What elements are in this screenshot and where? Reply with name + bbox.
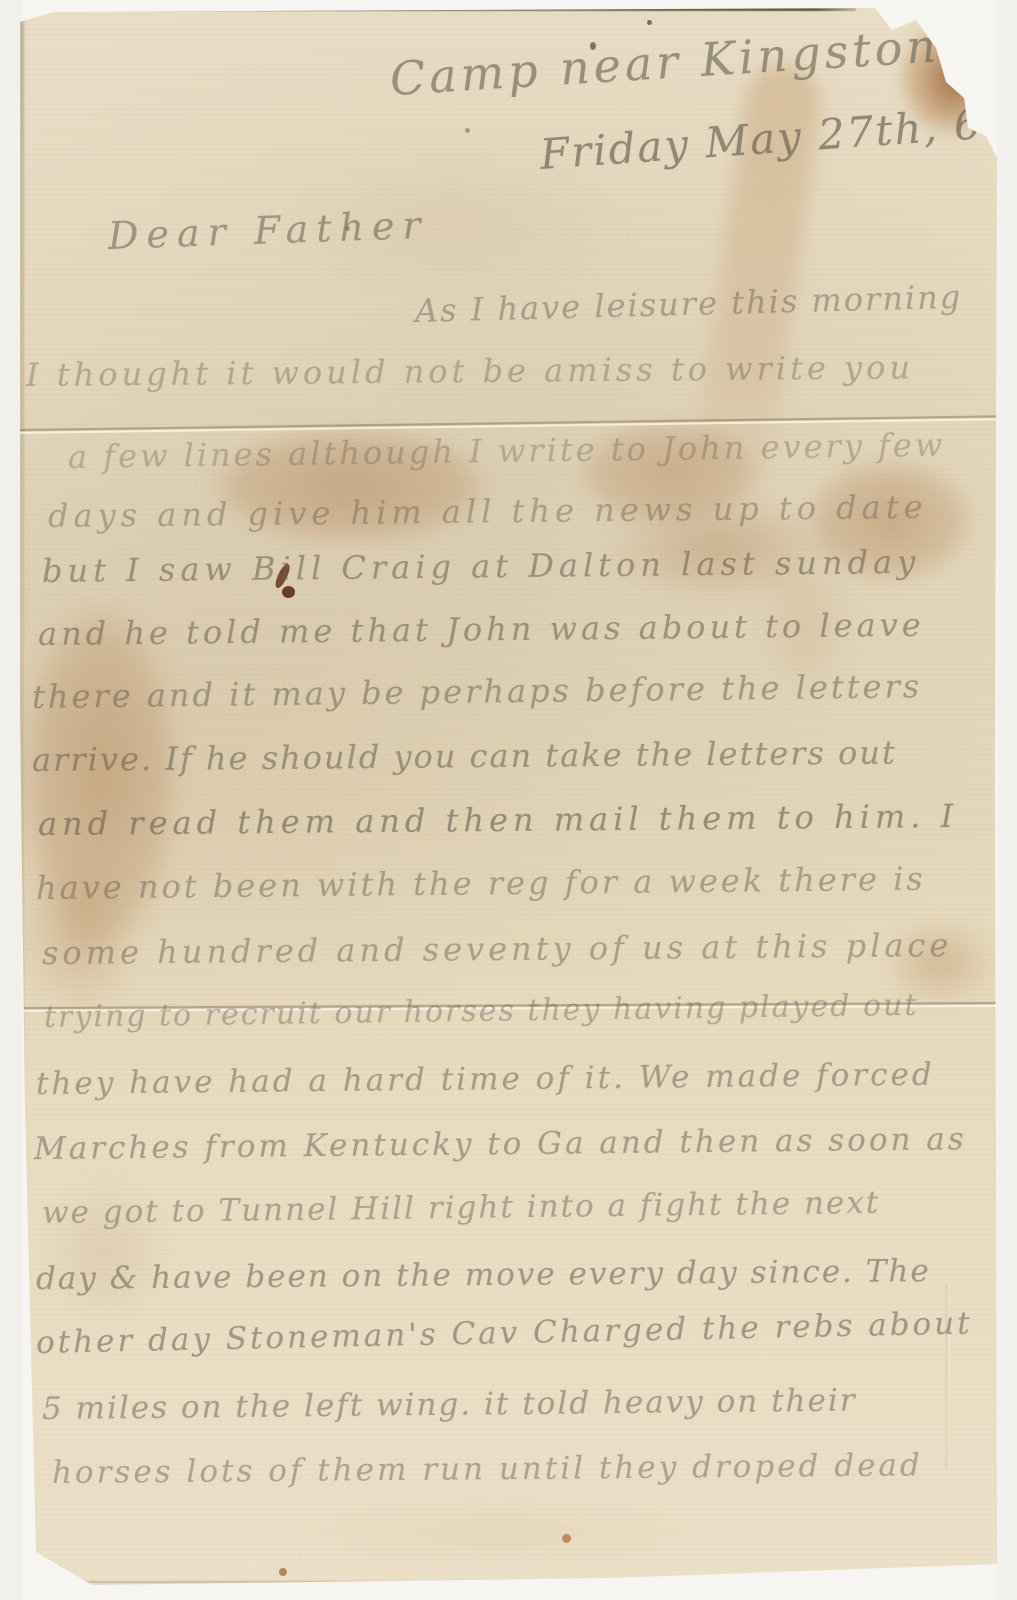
stain-blob — [200, 1488, 800, 1578]
paper-left-edge — [20, 18, 24, 1578]
letter-line: but I saw Bill Craig at Dalton last sund… — [42, 543, 921, 590]
letter-line: trying to recruit our horses they having… — [44, 988, 919, 1035]
letter-line: day & have been on the move every day si… — [36, 1253, 931, 1297]
stain-blob — [150, 403, 550, 568]
letter-line: and read them and then mail them to him.… — [38, 797, 959, 843]
letter-line: there and it may be perhaps before the l… — [32, 667, 923, 716]
letter-line: they have had a hard time of it. We made… — [36, 1057, 935, 1102]
letter-line: arrive. If he should you can take the le… — [32, 733, 897, 779]
paper-top-edge — [56, 8, 856, 11]
letter-line: a few lines although I write to John eve… — [68, 426, 946, 476]
letter-line: days and give him all the news up to dat… — [48, 488, 928, 535]
scanned-letter-background: Camp near Kingston, Ga Friday May 27th, … — [0, 0, 1017, 1600]
speck — [465, 128, 470, 133]
opening-line: As I have leisure this morning — [415, 278, 963, 330]
speck — [562, 1534, 571, 1543]
letter-line: other day Stoneman's Cav Charged the reb… — [36, 1305, 973, 1361]
letter-line: have not been with the reg for a week th… — [36, 860, 926, 907]
ink-blot — [282, 586, 295, 598]
letter-line: I thought it would not be amiss to write… — [26, 348, 914, 394]
letter-line: some hundred and seventy of us at this p… — [42, 926, 953, 972]
paper-bottom-edge — [40, 1581, 970, 1583]
speck — [279, 1568, 287, 1576]
date-line: Friday May 27th, 64 — [538, 97, 997, 179]
letter-line: we got to Tunnel Hill right into a fight… — [42, 1185, 881, 1231]
letter-line: and he told me that John was about to le… — [38, 606, 925, 653]
letter-line: 5 miles on the left wing. it told heavy … — [42, 1382, 857, 1427]
letter-page: Camp near Kingston, Ga Friday May 27th, … — [20, 8, 997, 1585]
letter-line: Marches from Kentucky to Ga and then as … — [34, 1121, 967, 1167]
salutation: Dear Father — [107, 203, 429, 258]
speck — [647, 20, 652, 25]
place-line: Camp near Kingston, Ga — [388, 12, 997, 106]
letter-line: horses lots of them run until they drope… — [52, 1447, 923, 1491]
